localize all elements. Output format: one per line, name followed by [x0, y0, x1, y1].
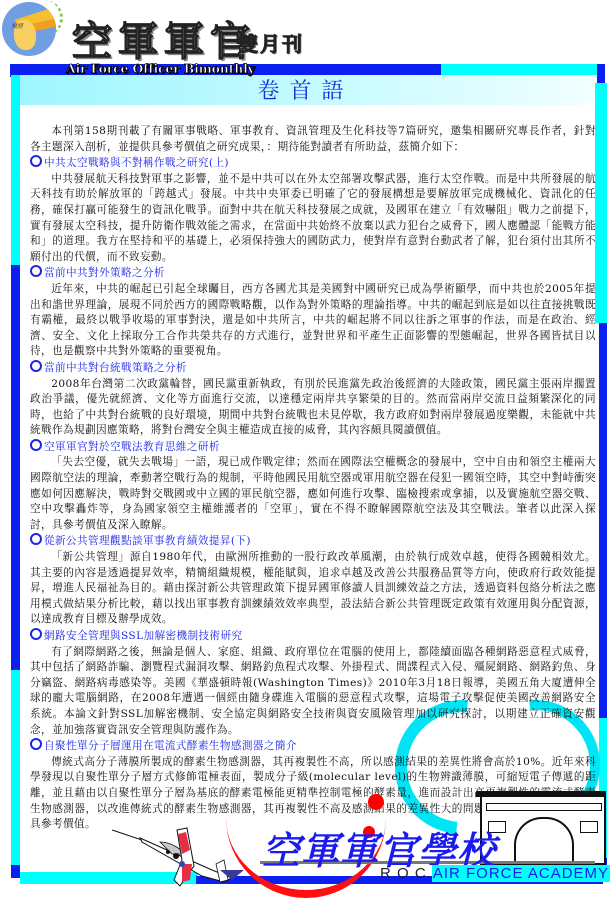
article-summary: 「失去空優，就失去戰場」一語，現已成作戰定律；然而在國際法空權概念的發展中，空中… — [30, 455, 596, 533]
article-heading: 空軍軍官對於空戰法教育思維之研析 — [30, 439, 596, 456]
frame-right-bar — [599, 323, 607, 718]
emblem-label: 飛將 — [11, 21, 23, 30]
article-heading: 當前中共對台統戰策略之分析 — [30, 360, 596, 377]
article-heading: 自聚性單分子層運用在電流式酵素生物感測器之簡介 — [30, 738, 596, 755]
circle-bullet-icon — [30, 265, 42, 277]
article-heading: 當前中共對外策略之分析 — [30, 265, 596, 282]
article-summary: 2008年台灣第二次政黨輪替，國民黨重新執政，有別於民進黨先政治後經濟的大陸政策… — [30, 377, 596, 439]
intro-paragraph: 本刊第158期刊載了有關軍事戰略、軍事教育、資訊管理及生化科技等7篇研究，邀集相… — [30, 124, 596, 155]
article-heading: 中共太空戰略與不對稱作戰之研究(上) — [30, 155, 596, 172]
masthead-title: 空軍軍官 — [72, 10, 256, 67]
article-heading: 從新公共管理觀點談軍事教育績效提昇(下) — [30, 533, 596, 550]
school-name-en-prefix: R.O.C. — [380, 865, 432, 882]
frame-left-bar — [11, 670, 20, 878]
article-title: 網路安全管理與SSL加解密機制技術研究 — [44, 630, 242, 642]
article-summary: 中共發展航天科技對軍事之影響，並不是中共可以在外太空部署攻擊武器，進行太空作戰。… — [30, 172, 596, 266]
circle-bullet-icon — [30, 439, 42, 451]
page-title: 卷首語 — [0, 74, 611, 105]
circle-bullet-icon — [30, 738, 42, 750]
arch-cornice — [476, 791, 606, 797]
article-title: 當前中共對台統戰策略之分析 — [44, 362, 187, 374]
masthead-subtitle: 雙月刊 — [238, 28, 304, 57]
article-summary: 近年來，中共的崛起已引起全球矚目，西方各國尤其是美國對中國研究已成為學術顯學，而… — [30, 282, 596, 360]
academy-arch-gate-icon — [480, 793, 606, 865]
circle-bullet-icon — [30, 155, 42, 167]
frame-left-bar — [11, 265, 20, 670]
air-force-emblem-logo: 飛將 — [2, 2, 56, 56]
frame-corner-bottom-left — [11, 865, 20, 878]
article-summary: 「新公共管理」源自1980年代，由歐洲所推動的一股行政改革風潮，由於執行成效卓越… — [30, 550, 596, 628]
frame-left-bar — [11, 75, 20, 265]
circle-bullet-icon — [30, 628, 42, 640]
arch-frieze — [486, 803, 602, 811]
article-summary: 有了網際網路之後，無論是個人、家庭、組織、政府單位在電腦的使用上，都陸續面臨各種… — [30, 645, 596, 739]
red-dot-decoration — [368, 794, 384, 810]
circle-bullet-icon — [30, 533, 42, 545]
article-title: 從新公共管理觀點談軍事教育績效提昇(下) — [44, 535, 251, 547]
preface-body: 本刊第158期刊載了有關軍事戰略、軍事教育、資訊管理及生化科技等7篇研究，邀集相… — [30, 124, 596, 833]
arch-window — [580, 821, 598, 833]
fighter-jet-icon — [112, 820, 252, 890]
school-name-en-highlight: AIR FORCE ACADEMY — [432, 865, 610, 882]
school-name-en: R.O.C.AIR FORCE ACADEMY — [380, 865, 610, 882]
circle-bullet-icon — [30, 360, 42, 372]
arch-opening — [514, 817, 574, 867]
article-title: 空軍軍官對於空戰法教育思維之研析 — [44, 441, 220, 453]
frame-right-bar — [595, 83, 607, 323]
article-heading: 網路安全管理與SSL加解密機制技術研究 — [30, 628, 596, 645]
article-title: 當前中共對外策略之分析 — [44, 267, 165, 279]
article-title: 自聚性單分子層運用在電流式酵素生物感測器之簡介 — [44, 740, 297, 752]
article-title: 中共太空戰略與不對稱作戰之研究(上) — [44, 157, 229, 169]
